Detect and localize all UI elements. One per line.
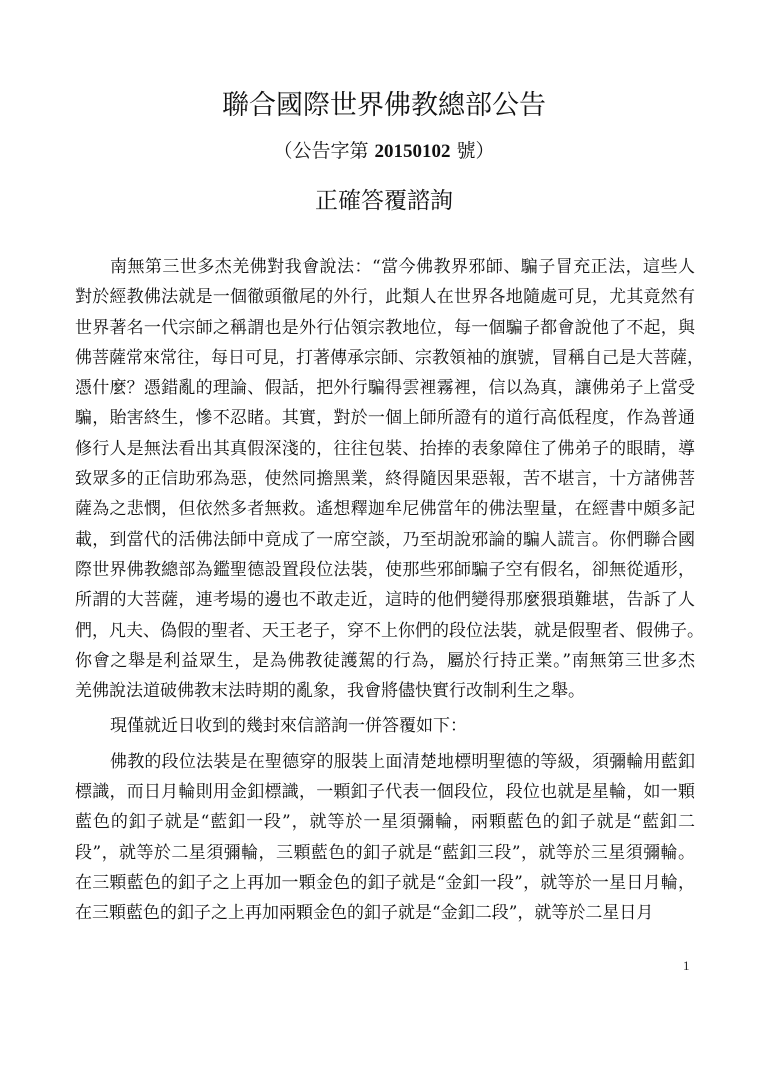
paragraph-3: 佛教的段位法裝是在聖德穿的服裝上面清楚地標明聖德的等級，須彌輪用藍釦 標識，而日… [75,747,695,929]
paragraph-line: 南無第三世多杰羌佛對我會說法：“當今佛教界邪師、騙子冒充正法，這些人 [75,252,695,282]
paragraph-line: 現僅就近日收到的幾封來信諮詢一併答覆如下： [75,711,695,741]
paragraph-line: 羌佛說法道破佛教末法時期的亂象，我會將儘快實行改制利生之舉。 [75,676,695,706]
paragraph-line: 修行人是無法看出其真假深淺的，往往包裝、抬捧的表象障住了佛弟子的眼睛，導 [75,434,695,464]
section-heading: 正確答覆諮詢 [0,185,768,217]
paragraph-line: 在三顆藍色的釦子之上再加一顆金色的釦子就是“金釦一段”，就等於一星日月輪， [75,868,695,898]
paragraph-line: 佛教的段位法裝是在聖德穿的服裝上面清楚地標明聖德的等級，須彌輪用藍釦 [75,747,695,777]
paragraph-line: 憑什麼？憑錯亂的理論、假話，把外行騙得雲裡霧裡，信以為真，讓佛弟子上當受 [75,373,695,403]
document-page: 聯合國際世界佛教總部公告 （公告字第 20150102 號） 正確答覆諮詢 南無… [0,0,768,1086]
page-number: 1 [683,958,690,974]
paragraph-line: 世界著名一代宗師之稱謂也是外行佔領宗教地位，每一個騙子都會說他了不起，與 [75,313,695,343]
paragraph-line: 你會之舉是利益眾生，是為佛教徒護駕的行為，屬於行持正業。”南無第三世多杰 [75,646,695,676]
paragraph-line: 標識，而日月輪則用金釦標識，一顆釦子代表一個段位，段位也就是星輪，如一顆 [75,777,695,807]
document-body: 南無第三世多杰羌佛對我會說法：“當今佛教界邪師、騙子冒充正法，這些人 對於經教佛… [75,252,695,934]
announcement-number-value: 20150102 [375,141,451,162]
paragraph-2: 現僅就近日收到的幾封來信諮詢一併答覆如下： [75,711,695,741]
paragraph-line: 騙，貽害終生，慘不忍睹。其實，對於一個上師所證有的道行高低程度，作為普通 [75,403,695,433]
paragraph-line: 致眾多的正信助邪為惡，使然同擔黑業，終得隨因果惡報，苦不堪言，十方諸佛菩 [75,464,695,494]
paragraph-line: 薩為之悲憫，但依然多者無救。遙想釋迦牟尼佛當年的佛法聖量，在經書中頗多記 [75,494,695,524]
paragraph-line: 們，凡夫、偽假的聖者、天王老子，穿不上你們的段位法裝，就是假聖者、假佛子。 [75,616,695,646]
paragraph-line: 際世界佛教總部為鑑聖德設置段位法裝，使那些邪師騙子空有假名，卻無從遁形， [75,555,695,585]
paragraph-line: 所謂的大菩薩，連考場的邊也不敢走近，這時的他們變得那麼猥瑣難堪，告訴了人 [75,585,695,615]
announcement-number-suffix: 號） [451,140,495,162]
paragraph-1: 南無第三世多杰羌佛對我會說法：“當今佛教界邪師、騙子冒充正法，這些人 對於經教佛… [75,252,695,706]
announcement-number: （公告字第 20150102 號） [0,137,768,166]
announcement-number-prefix: （公告字第 [273,140,374,162]
paragraph-line: 對於經教佛法就是一個徹頭徹尾的外行，此類人在世界各地隨處可見，尤其竟然有 [75,282,695,312]
document-title: 聯合國際世界佛教總部公告 [0,88,768,124]
paragraph-line: 佛菩薩常來常往，每日可見，打著傳承宗師、宗教領袖的旗號，冒稱自己是大菩薩， [75,343,695,373]
paragraph-line: 段”，就等於二星須彌輪，三顆藍色的釦子就是“藍釦三段”，就等於三星須彌輪。 [75,838,695,868]
paragraph-line: 在三顆藍色的釦子之上再加兩顆金色的釦子就是“金釦二段”，就等於二星日月 [75,898,695,928]
paragraph-line: 載，到當代的活佛法師中竟成了一席空談，乃至胡說邪論的騙人謊言。你們聯合國 [75,525,695,555]
paragraph-line: 藍色的釦子就是“藍釦一段”，就等於一星須彌輪，兩顆藍色的釦子就是“藍釦二 [75,807,695,837]
